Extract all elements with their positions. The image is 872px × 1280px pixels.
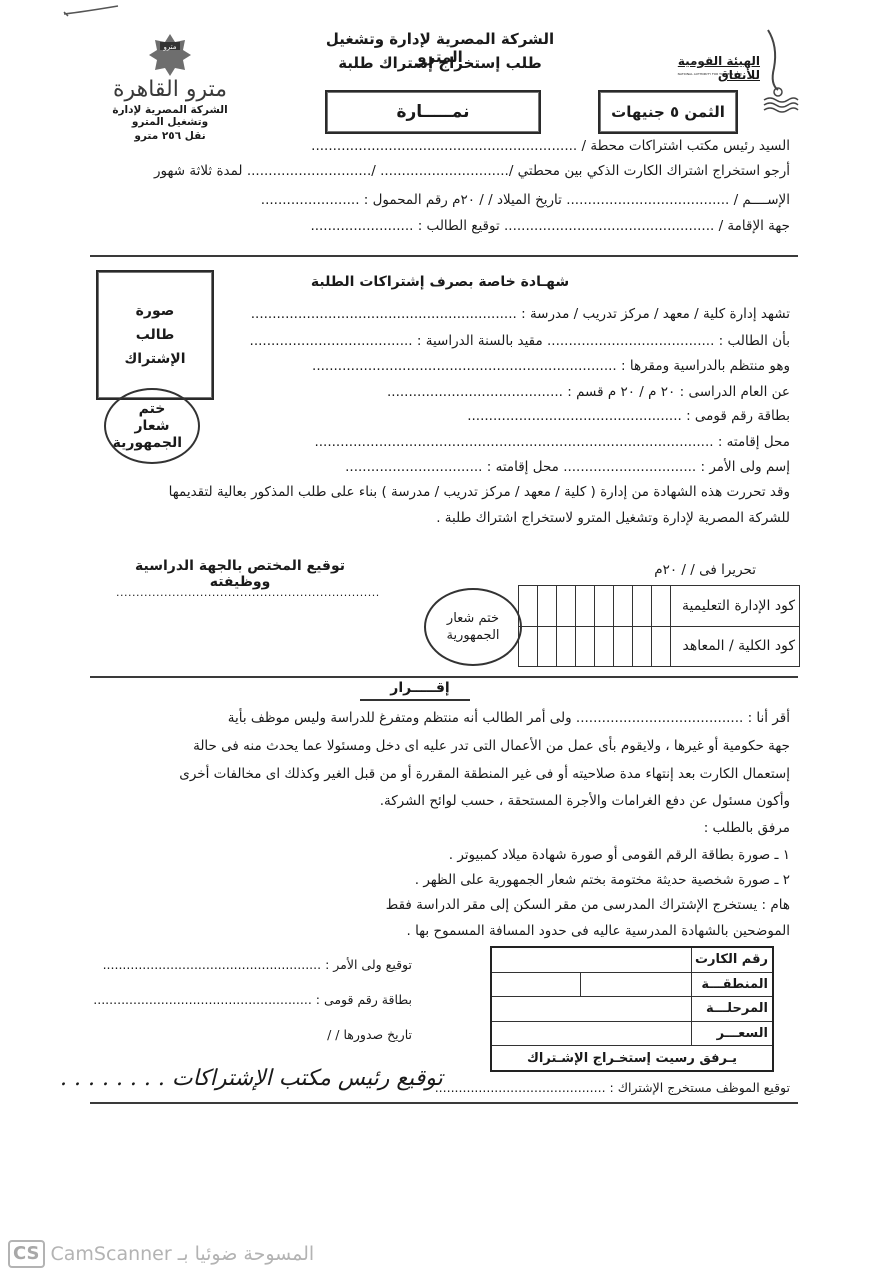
code-cell[interactable] bbox=[614, 626, 633, 667]
stage-label: المرحلـــة bbox=[692, 997, 774, 1021]
guardian-signature-line[interactable]: توقيع ولى الأمر : ......................… bbox=[103, 957, 412, 972]
code-cell[interactable] bbox=[557, 586, 576, 627]
metro-star-emblem-icon: مترو bbox=[147, 32, 193, 78]
head-office-signature[interactable]: توقيع رئيس مكتب الإشتراكات . . . . . . .… bbox=[60, 1066, 443, 1091]
republic-seal-label-2: ختم شعار الجمهورية bbox=[443, 610, 503, 644]
institution-code-table: كود الإدارة التعليمية كود الكلية / المعا… bbox=[518, 585, 800, 667]
divider-2 bbox=[90, 676, 798, 678]
code-cell[interactable] bbox=[538, 626, 557, 667]
office-use-table: رقم الكارت المنطقـــة المرحلـــة السعـــ… bbox=[490, 946, 774, 1072]
issue-date-line[interactable]: تحريرا فى / / ٢٠م bbox=[654, 562, 756, 578]
declaration-line-1[interactable]: أقر أنا : ..............................… bbox=[228, 710, 790, 726]
code-cell[interactable] bbox=[633, 586, 652, 627]
price-label: السعـــر bbox=[692, 1021, 774, 1045]
office-row-receipt: يـرفق رسيت إستخـراج الإشـتراك bbox=[491, 1046, 773, 1071]
cert-line-guardian[interactable]: إسم ولى الأمر : ........................… bbox=[345, 459, 790, 475]
metro-brand-name: مترو القاهرة bbox=[96, 78, 244, 102]
divider-1 bbox=[90, 255, 798, 257]
student-photo-label: صورة طالب الإشتراك bbox=[120, 299, 190, 371]
authority-name-ar: الهيئة القومية للأنفاق bbox=[660, 54, 760, 82]
cert-line-residence[interactable]: محل إقامته : ...........................… bbox=[314, 434, 790, 450]
attachment-item-2: ٢ ـ صورة شخصية حديثة مختومة بختم شعار ال… bbox=[415, 872, 790, 888]
camscanner-text: CamScanner المسوحة ضوئيا بـ bbox=[51, 1243, 315, 1265]
cairo-metro-logo: مترو مترو القاهرة الشركة المصرية لإدارة … bbox=[96, 32, 244, 142]
code-cell[interactable] bbox=[595, 586, 614, 627]
institution-signature-line[interactable]: ........................................… bbox=[116, 586, 380, 599]
code-cell[interactable] bbox=[614, 586, 633, 627]
republic-seal-label: ختم شعار الجمهورية bbox=[122, 401, 182, 452]
price-value[interactable] bbox=[491, 1021, 692, 1045]
declaration-title: إقـــــرار bbox=[360, 680, 480, 696]
code-cell[interactable] bbox=[595, 626, 614, 667]
scanned-form-page: مترو مترو القاهرة الشركة المصرية لإدارة … bbox=[0, 0, 872, 1280]
authority-name-en: NATIONAL AUTHORITY FOR TUNNELS (NAT) bbox=[668, 72, 752, 76]
guardian-issue-date-line[interactable]: تاريخ صدورها / / bbox=[327, 1027, 412, 1042]
student-photo-box[interactable]: صورة طالب الإشتراك bbox=[96, 270, 214, 400]
zone-value-b[interactable] bbox=[581, 972, 692, 996]
important-note-1: هام : يستخرج الإشتراك المدرسى من مقر الس… bbox=[386, 897, 790, 913]
cert-line-institution[interactable]: تشهد إدارة كلية / معهد / مركز تدريب / مد… bbox=[251, 306, 790, 322]
divider-3 bbox=[90, 1102, 798, 1104]
cert-line-enrolled[interactable]: وهو منتظم بالدراسية ومقرها : ...........… bbox=[312, 358, 790, 374]
attachments-title: مرفق بالطلب : bbox=[704, 820, 790, 836]
guardian-national-id-line[interactable]: بطاقة رقم قومى : .......................… bbox=[93, 992, 412, 1007]
employee-signature-line[interactable]: توقيع الموظف مستخرج الإشتراك : .........… bbox=[435, 1080, 790, 1095]
republic-seal-circle-2: ختم شعار الجمهورية bbox=[424, 588, 522, 666]
office-row-card-number: رقم الكارت bbox=[491, 947, 773, 972]
cert-paragraph-2: للشركة المصرية لإدارة وتشغيل المترو لاست… bbox=[436, 510, 790, 526]
code-cell[interactable] bbox=[652, 626, 671, 667]
code-cell[interactable] bbox=[576, 586, 595, 627]
camscanner-watermark: CS CamScanner المسوحة ضوئيا بـ bbox=[8, 1240, 314, 1268]
code-cell[interactable] bbox=[633, 626, 652, 667]
code-cell[interactable] bbox=[557, 626, 576, 667]
republic-seal-circle: ختم شعار الجمهورية bbox=[104, 388, 200, 464]
declaration-line-4: وأكون مسئول عن دفع الغرامات والأجرة المس… bbox=[380, 793, 790, 809]
code-row-edu-admin: كود الإدارة التعليمية bbox=[519, 586, 800, 627]
application-line-route[interactable]: أرجو استخراج اشتراك الكارت الذكي بين محط… bbox=[154, 163, 790, 179]
office-row-zone: المنطقـــة bbox=[491, 972, 773, 996]
cert-line-academic-year[interactable]: عن العام الدراسى : ٢٠ م / ٢٠ م قسم : ...… bbox=[387, 384, 790, 400]
code-cell[interactable] bbox=[652, 586, 671, 627]
cert-line-national-id[interactable]: بطاقة رقم قومى : .......................… bbox=[467, 408, 790, 424]
svg-text:مترو: مترو bbox=[162, 43, 176, 51]
model-box: نمـــــارة bbox=[325, 90, 541, 134]
zone-label: المنطقـــة bbox=[692, 972, 774, 996]
office-row-stage: المرحلـــة bbox=[491, 997, 773, 1021]
nile-waves-emblem-icon bbox=[760, 28, 800, 118]
metro-hotline: نقل ٢٥٦ مترو bbox=[96, 130, 244, 142]
stage-value[interactable] bbox=[491, 997, 692, 1021]
code-label-edu-admin: كود الإدارة التعليمية bbox=[671, 586, 800, 627]
price-box-label: الثمن ٥ جنيهات bbox=[611, 103, 725, 121]
important-note-2: الموضحين بالشهادة المدرسية عاليه فى حدود… bbox=[406, 923, 790, 939]
price-box: الثمن ٥ جنيهات bbox=[598, 90, 738, 134]
application-line-station[interactable]: السيد رئيس مكتب اشتراكات محطة / ........… bbox=[311, 138, 790, 154]
code-label-college: كود الكلية / المعاهد bbox=[671, 626, 800, 667]
cert-line-student[interactable]: بأن الطالب : ...........................… bbox=[250, 333, 790, 349]
receipt-note: يـرفق رسيت إستخـراج الإشـتراك bbox=[491, 1046, 773, 1071]
code-cell[interactable] bbox=[576, 626, 595, 667]
certificate-title: شهـادة خاصة بصرف إشتراكات الطلبة bbox=[290, 274, 590, 290]
pen-scribble-mark bbox=[62, 4, 120, 18]
attachment-item-1: ١ ـ صورة بطاقة الرقم القومى أو صورة شهاد… bbox=[449, 847, 790, 863]
form-title: طلب إستخراج إشتراك طلبة bbox=[320, 54, 560, 72]
model-box-label: نمـــــارة bbox=[396, 102, 469, 122]
application-line-name[interactable]: الإســــم / ............................… bbox=[261, 192, 790, 208]
camscanner-logo-icon: CS bbox=[8, 1240, 45, 1268]
application-line-residence[interactable]: جهة الإقامة / ..........................… bbox=[310, 218, 790, 234]
code-row-college: كود الكلية / المعاهد bbox=[519, 626, 800, 667]
office-row-price: السعـــر bbox=[491, 1021, 773, 1045]
code-cell[interactable] bbox=[538, 586, 557, 627]
declaration-line-2: جهة حكومية أو غيرها ، ولايقوم بأى عمل من… bbox=[193, 738, 790, 754]
card-number-label: رقم الكارت bbox=[692, 947, 774, 972]
declaration-title-underline bbox=[360, 699, 470, 701]
cert-paragraph-1: وقد تحررت هذه الشهادة من إدارة ( كلية / … bbox=[169, 484, 790, 500]
zone-value-a[interactable] bbox=[491, 972, 581, 996]
metro-company-name: الشركة المصرية لإدارة وتشغيل المترو bbox=[96, 104, 244, 128]
card-number-value[interactable] bbox=[491, 947, 692, 972]
declaration-line-3: إستعمال الكارت بعد إنتهاء مدة صلاحيته أو… bbox=[179, 766, 790, 782]
